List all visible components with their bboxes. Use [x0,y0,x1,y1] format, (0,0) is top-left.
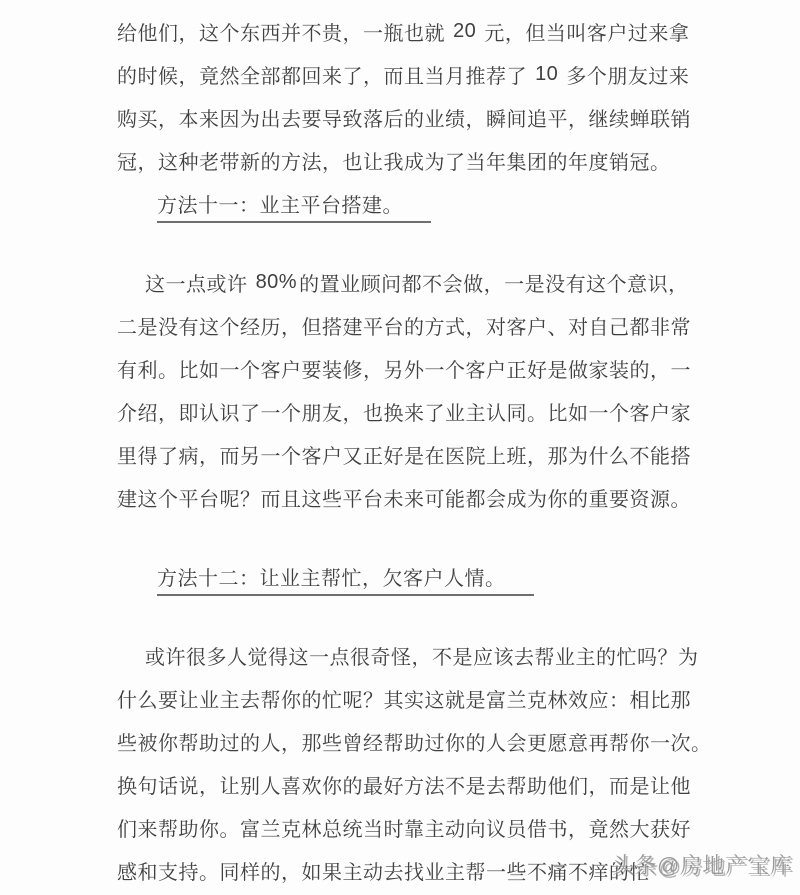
inline-number: 20 [451,20,478,42]
text-line: 二是没有这个经历，但搭建平台的方式，对客户、对自己都非常 [117,307,683,350]
text-line: 的时候，竟然全部都回来了，而且当月推荐了 10 多个朋友过来 [117,56,683,99]
text-line: 给他们，这个东西并不贵，一瓶也就 20 元，但当叫客户过来拿 [117,13,683,56]
text-line: 冠，这种老带新的方法，也让我成为了当年集团的年度销冠。 [117,142,683,185]
inline-number: 80% [254,271,300,293]
text-line: 建这个平台呢？而且这些平台未来可能都会成为你的重要资源。 [117,479,683,522]
section-heading-text: 方法十二：让业主帮忙，欠客户人情。 [157,564,534,596]
text-line: 换句话说，让别人喜欢你的最好方法不是去帮助他们，而是让他 [117,766,683,809]
text-line: 购买，本来因为出去要导致落后的业绩，瞬间追平，继续蝉联销 [117,99,683,142]
text-line: 些被你帮助过的人，那些曾经帮助过你的人会更愿意再帮你一次。 [117,723,683,766]
section-heading: 方法十二：让业主帮忙，欠客户人情。 [117,558,683,601]
inline-number: 10 [533,63,560,85]
watermark-text: 头条@房地产宝库 [612,851,792,881]
text-line: 介绍，即认识了一个朋友，也换来了业主认同。比如一个客户家 [117,393,683,436]
text-line: 什么要让业主去帮你的忙呢？其实这就是富兰克林效应：相比那 [117,680,683,723]
text-line: 感和支持。同样的，如果主动去找业主帮一些不痛不痒的忙 [117,852,683,895]
blank-line [117,228,683,264]
document-page: 给他们，这个东西并不贵，一瓶也就 20 元，但当叫客户过来拿的时候，竟然全部都回… [0,0,800,895]
section-heading-text: 方法十一：业主平台搭建。 [157,191,431,223]
text-line: 或许很多人觉得这一点很奇怪，不是应该去帮业主的忙吗？为 [117,637,683,680]
blank-line [117,601,683,637]
text-line: 们来帮助你。富兰克林总统当时靠主动向议员借书，竟然大获好 [117,809,683,852]
section-heading: 方法十一：业主平台搭建。 [117,185,683,228]
text-line: 里得了病，而另一个客户又正好是在医院上班，那为什么不能搭 [117,436,683,479]
blank-line [117,522,683,558]
text-line: 有利。比如一个客户要装修，另外一个客户正好是做家装的，一 [117,350,683,393]
text-line: 这一点或许 80%的置业顾问都不会做，一是没有这个意识， [117,264,683,307]
